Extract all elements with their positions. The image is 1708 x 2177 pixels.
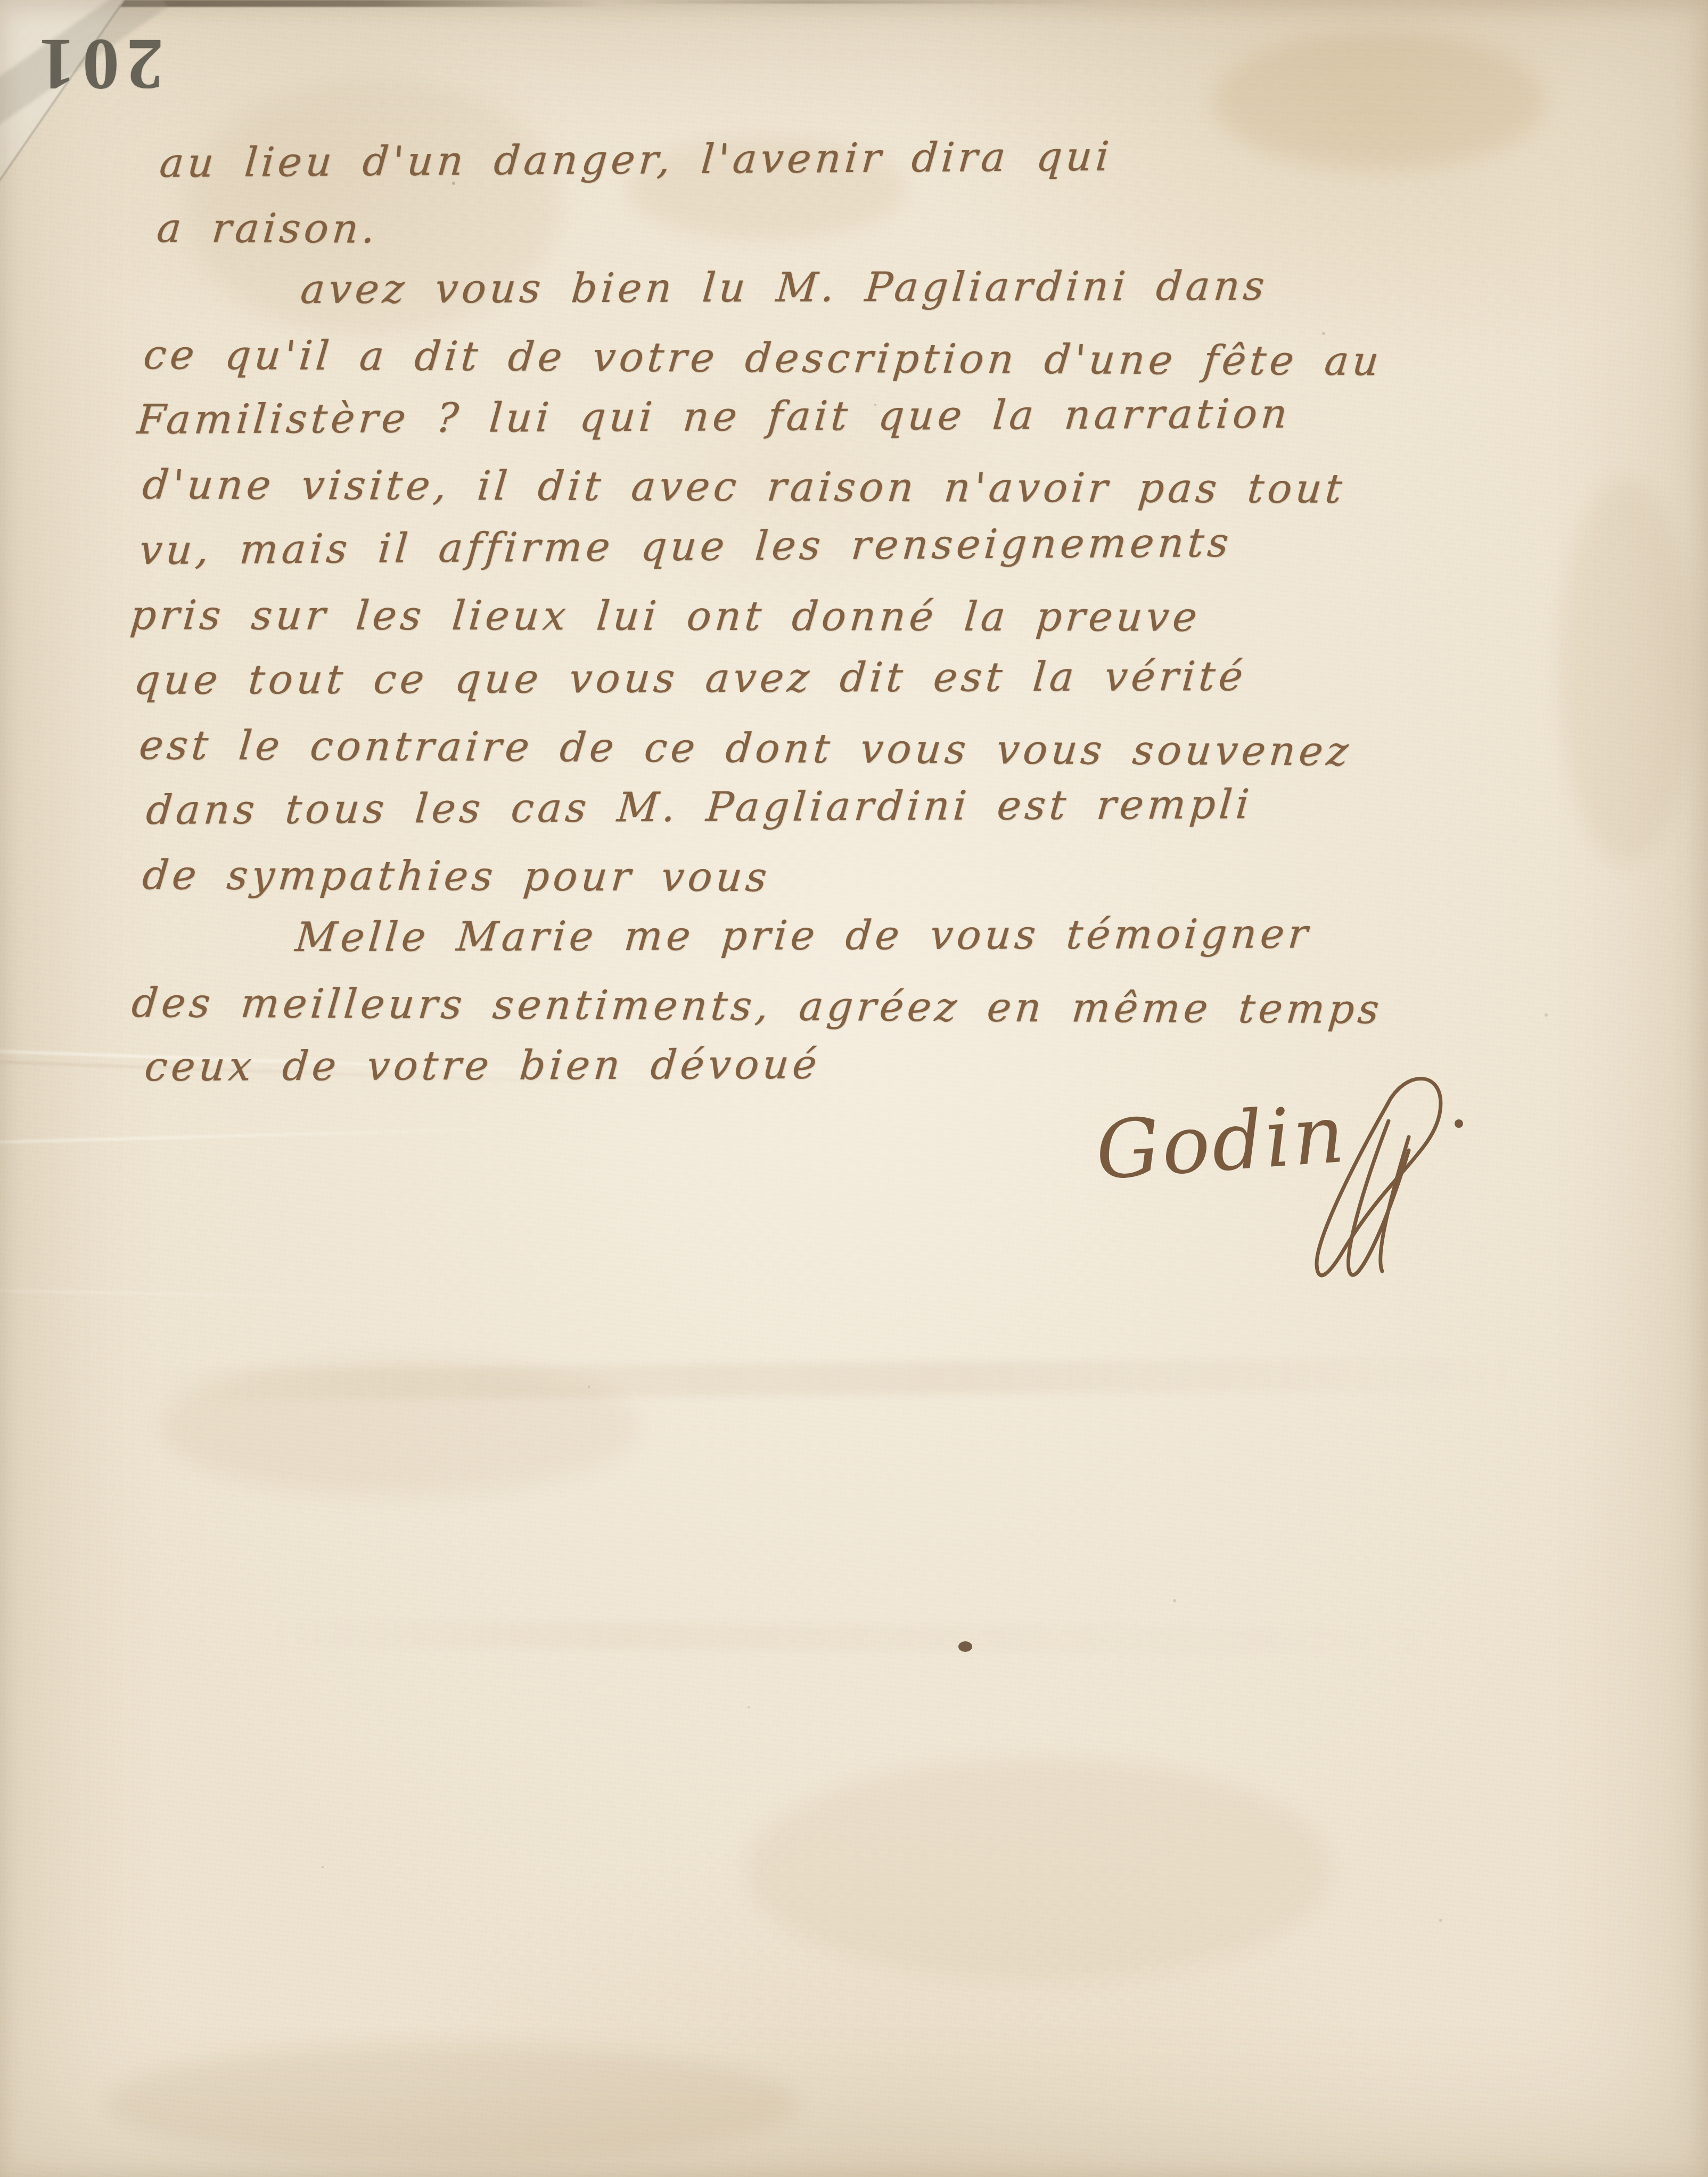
fold-crease: [0, 1290, 469, 1300]
paper-stain: [160, 1358, 639, 1496]
letter-line: d'une visite, il dit avec raison n'avoir…: [141, 464, 1348, 509]
letter-line: vu, mais il affirme que les renseignemen…: [138, 522, 1234, 570]
letter-line: Familistère ? lui qui ne fait que la nar…: [136, 394, 1293, 440]
page-number-stamp: 201: [31, 22, 163, 107]
paper-stain: [106, 2045, 799, 2162]
paper-stain: [745, 1757, 1331, 1981]
ink-showthrough: [266, 1620, 1438, 1655]
letter-line: avez vous bien lu M. Pagliardini dans: [299, 266, 1270, 309]
fold-crease: [0, 1127, 522, 1143]
letter-line: ce qu'il a dit de votre description d'un…: [142, 334, 1384, 381]
ink-dot: [958, 1641, 972, 1652]
letter-line: que tout ce que vous avez dit est la vér…: [133, 656, 1249, 700]
letter-line: de sympathies pour vous: [141, 855, 773, 897]
letter-line: est le contraire de ce dont vous vous so…: [137, 725, 1353, 772]
signature-name: Godin: [1093, 1088, 1350, 1198]
paper-specks: [0, 0, 2, 2]
letter-line: au lieu d'un danger, l'avenir dira qui: [158, 136, 1114, 183]
scan-edge-shadow: [612, 0, 1102, 4]
letter-line: ceux de votre bien dévoué: [143, 1044, 822, 1087]
letter-line: pris sur les lieux lui ont donné la preu…: [129, 595, 1203, 637]
paper-stain: [1560, 479, 1693, 863]
signature: Godin: [1091, 1052, 1528, 1302]
ink-showthrough: [133, 1357, 1517, 1402]
letter-line: dans tous les cas M. Pagliardini est rem…: [145, 784, 1254, 830]
letter-page: 201 au lieu d'un danger, l'avenir dira q…: [0, 0, 1708, 2177]
letter-line: des meilleurs sentiments, agréez en même…: [130, 983, 1384, 1029]
paper-stain: [1214, 32, 1544, 170]
letter-line: a raison.: [155, 208, 381, 249]
letter-line: Melle Marie me prie de vous témoigner: [294, 913, 1313, 957]
